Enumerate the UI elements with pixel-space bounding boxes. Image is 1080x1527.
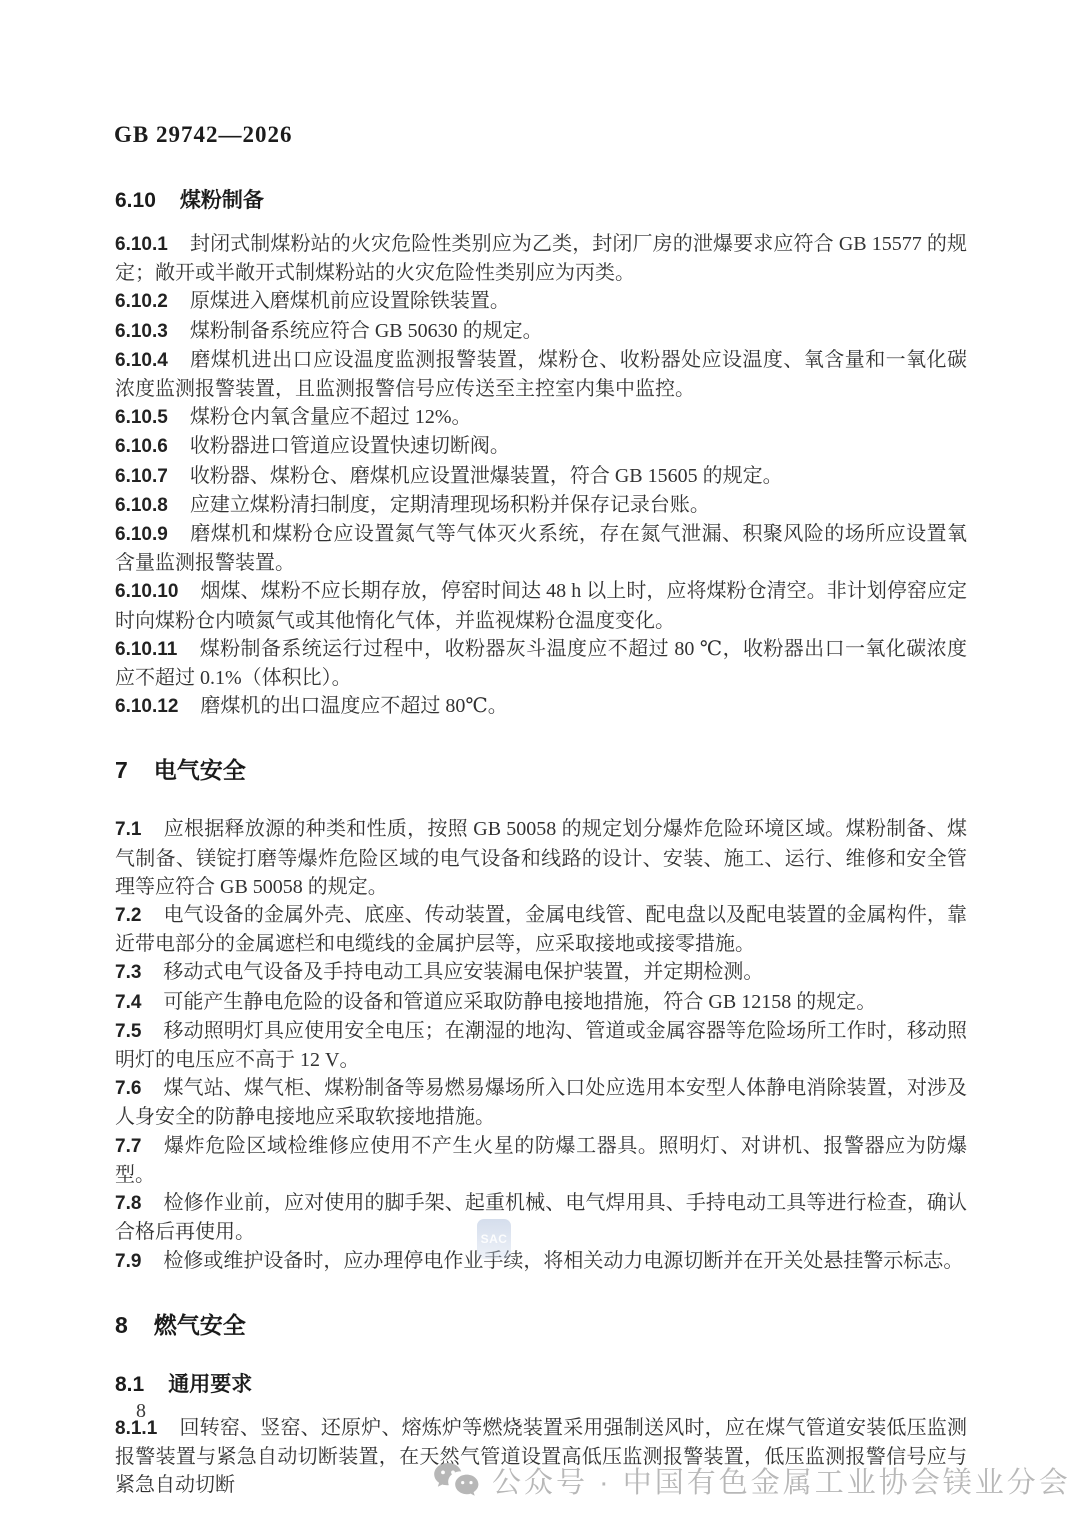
clause-text: 电气设备的金属外壳、底座、传动装置，金属电线管、配电盘以及配电装置的金属构件，靠…: [115, 904, 967, 955]
clause-6.10.3: 6.10.3煤粉制备系统应符合 GB 50630 的规定。: [115, 317, 967, 346]
clause-text: 煤气站、煤气柜、煤粉制备等易燃易爆场所入口处应选用本安型人体静电消除装置，对涉及…: [115, 1077, 967, 1128]
wechat-footer: 公众号 · 中国有色金属工业协会镁业分会: [433, 1460, 1071, 1501]
clause-text: 检修或维护设备时，应办理停电作业手续，将相关动力电源切断并在开关处悬挂警示标志。: [163, 1250, 963, 1272]
clause-text: 爆炸危险区域检维修应使用不产生火星的防爆工器具。照明灯、对讲机、报警器应为防爆型…: [115, 1135, 967, 1186]
section-number: 8.1: [115, 1373, 144, 1396]
clause-text: 原煤进入磨煤机前应设置除铁装置。: [190, 290, 510, 312]
clause-6.10.1: 6.10.1封闭式制煤粉站的火灾危险性类别应为乙类，封闭厂房的泄爆要求应符合 G…: [115, 230, 967, 287]
wechat-account-label: 公众号 · 中国有色金属工业协会镁业分会: [492, 1460, 1071, 1501]
clause-7.8: 7.8检修作业前，应对使用的脚手架、起重机械、电气焊用具、手持电动工具等进行检查…: [115, 1189, 967, 1246]
clause-text: 烟煤、煤粉不应长期存放，停窑时间达 48 h 以上时，应将煤粉仓清空。非计划停窑…: [115, 580, 967, 631]
section-heading-7: 7电气安全: [115, 755, 967, 785]
clause-7.7: 7.7爆炸危险区域检维修应使用不产生火星的防爆工器具。照明灯、对讲机、报警器应为…: [115, 1132, 967, 1189]
section-number: 6.10: [115, 189, 156, 212]
section-number: 8: [115, 1312, 128, 1338]
clause-6.10.11: 6.10.11煤粉制备系统运行过程中，收粉器灰斗温度应不超过 80 ℃，收粉器出…: [115, 635, 967, 692]
clause-number: 7.9: [115, 1251, 141, 1272]
clause-text: 收粉器进口管道应设置快速切断阀。: [190, 435, 510, 457]
section-title: 燃气安全: [154, 1312, 246, 1338]
clause-6.10.4: 6.10.4磨煤机进出口应设温度监测报警装置，煤粉仓、收粉器处应设温度、氧含量和…: [115, 346, 967, 403]
clause-text: 可能产生静电危险的设备和管道应采取防静电接地措施，符合 GB 12158 的规定…: [163, 991, 876, 1013]
clause-7.4: 7.4可能产生静电危险的设备和管道应采取防静电接地措施，符合 GB 12158 …: [115, 988, 967, 1017]
clause-7.6: 7.6煤气站、煤气柜、煤粉制备等易燃易爆场所入口处应选用本安型人体静电消除装置，…: [115, 1074, 967, 1131]
section-heading-6.10: 6.10煤粉制备: [115, 186, 967, 215]
clause-6.10.8: 6.10.8应建立煤粉清扫制度，定期清理现场积粉并保存记录台账。: [115, 491, 967, 520]
clause-number: 7.3: [115, 962, 141, 983]
clause-number: 6.10.11: [115, 639, 177, 660]
clause-number: 6.10.4: [115, 350, 168, 371]
clause-number: 6.10.7: [115, 466, 168, 487]
page-number: 8: [136, 1400, 146, 1423]
clause-text: 磨煤机的出口温度应不超过 80℃。: [200, 695, 507, 717]
clause-number: 7.6: [115, 1078, 141, 1099]
clause-text: 收粉器、煤粉仓、磨煤机应设置泄爆装置，符合 GB 15605 的规定。: [190, 465, 783, 487]
clause-text: 应根据释放源的种类和性质，按照 GB 50058 的规定划分爆炸危险环境区域。煤…: [115, 818, 967, 897]
section-number: 7: [115, 757, 128, 783]
clause-number: 7.4: [115, 992, 141, 1013]
standard-number: GB 29742—2026: [114, 122, 292, 148]
clause-6.10.9: 6.10.9磨煤机和煤粉仓应设置氮气等气体灭火系统，存在氮气泄漏、积聚风险的场所…: [115, 520, 967, 577]
clause-number: 6.10.1: [115, 234, 168, 255]
clause-6.10.6: 6.10.6收粉器进口管道应设置快速切断阀。: [115, 432, 967, 461]
section-title: 电气安全: [154, 757, 246, 783]
document-body: 6.10煤粉制备6.10.1封闭式制煤粉站的火灾危险性类别应为乙类，封闭厂房的泄…: [115, 186, 967, 1499]
clause-text: 磨煤机和煤粉仓应设置氮气等气体灭火系统，存在氮气泄漏、积聚风险的场所应设置氧含量…: [115, 523, 967, 574]
clause-number: 7.7: [115, 1136, 141, 1157]
section-title: 通用要求: [168, 1373, 252, 1396]
clause-6.10.10: 6.10.10烟煤、煤粉不应长期存放，停窑时间达 48 h 以上时，应将煤粉仓清…: [115, 577, 967, 634]
clause-text: 煤粉制备系统运行过程中，收粉器灰斗温度应不超过 80 ℃，收粉器出口一氧化碳浓度…: [115, 638, 967, 689]
section-title: 煤粉制备: [180, 189, 264, 212]
document-page: GB 29742—2026 6.10煤粉制备6.10.1封闭式制煤粉站的火灾危险…: [0, 0, 1080, 1527]
clause-text: 移动照明灯具应使用安全电压；在潮湿的地沟、管道或金属容器等危险场所工作时，移动照…: [115, 1020, 967, 1071]
clause-text: 应建立煤粉清扫制度，定期清理现场积粉并保存记录台账。: [190, 494, 710, 516]
clause-number: 6.10.8: [115, 495, 168, 516]
clause-7.2: 7.2电气设备的金属外壳、底座、传动装置，金属电线管、配电盘以及配电装置的金属构…: [115, 901, 967, 958]
clause-number: 7.2: [115, 905, 141, 926]
clause-text: 封闭式制煤粉站的火灾危险性类别应为乙类，封闭厂房的泄爆要求应符合 GB 1557…: [115, 233, 967, 284]
clause-number: 7.5: [115, 1021, 141, 1042]
clause-text: 检修作业前，应对使用的脚手架、起重机械、电气焊用具、手持电动工具等进行检查，确认…: [115, 1192, 967, 1243]
clause-6.10.2: 6.10.2原煤进入磨煤机前应设置除铁装置。: [115, 287, 967, 316]
clause-text: 磨煤机进出口应设温度监测报警装置，煤粉仓、收粉器处应设温度、氧含量和一氧化碳浓度…: [115, 349, 967, 400]
clause-text: 煤粉仓内氧含量应不超过 12%。: [190, 406, 472, 428]
section-heading-8: 8燃气安全: [115, 1310, 967, 1340]
clause-number: 6.10.10: [115, 581, 178, 602]
clause-number: 6.10.6: [115, 436, 168, 457]
clause-number: 6.10.3: [115, 321, 168, 342]
clause-6.10.5: 6.10.5煤粉仓内氧含量应不超过 12%。: [115, 403, 967, 432]
section-heading-8.1: 8.1通用要求: [115, 1370, 967, 1399]
clause-text: 煤粉制备系统应符合 GB 50630 的规定。: [190, 320, 543, 342]
clause-number: 7.1: [115, 819, 141, 840]
clause-7.1: 7.1应根据释放源的种类和性质，按照 GB 50058 的规定划分爆炸危险环境区…: [115, 815, 967, 901]
clause-6.10.7: 6.10.7收粉器、煤粉仓、磨煤机应设置泄爆装置，符合 GB 15605 的规定…: [115, 462, 967, 491]
clause-text: 移动式电气设备及手持电动工具应安装漏电保护装置，并定期检测。: [163, 961, 763, 983]
clause-number: 7.8: [115, 1193, 141, 1214]
clause-number: 6.10.5: [115, 407, 168, 428]
wechat-icon: [433, 1462, 479, 1500]
clause-number: 6.10.2: [115, 291, 168, 312]
clause-6.10.12: 6.10.12磨煤机的出口温度应不超过 80℃。: [115, 692, 967, 721]
clause-7.3: 7.3移动式电气设备及手持电动工具应安装漏电保护装置，并定期检测。: [115, 958, 967, 987]
clause-number: 6.10.9: [115, 524, 168, 545]
clause-7.5: 7.5移动照明灯具应使用安全电压；在潮湿的地沟、管道或金属容器等危险场所工作时，…: [115, 1017, 967, 1074]
clause-7.9: 7.9检修或维护设备时，应办理停电作业手续，将相关动力电源切断并在开关处悬挂警示…: [115, 1247, 967, 1276]
clause-number: 6.10.12: [115, 696, 178, 717]
